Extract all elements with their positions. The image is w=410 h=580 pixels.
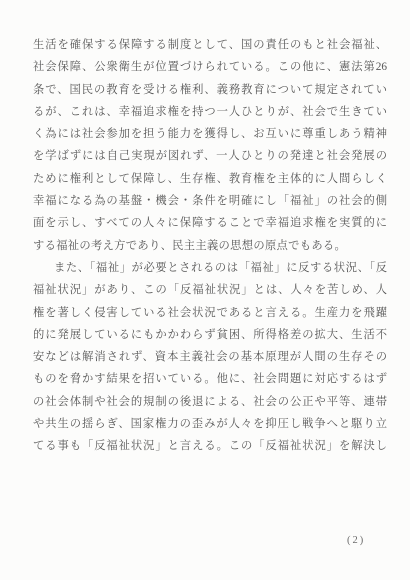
text-line: の社会体制や社会的規制の後退による、社会の公正や平等、連帯 <box>33 391 387 413</box>
text-line: また、「福祉」が必要とされるのは「福祉」に反する状況、「反 <box>33 257 387 279</box>
text-line: るが、これは、幸福追求権を持つ一人ひとりが、社会で生きてい <box>33 101 387 123</box>
text-line: ために権利として保障し、生存権、教育権を主体的に人間らしく <box>33 168 387 190</box>
page-number: (2) <box>347 533 365 549</box>
text-line: 福祉状況」があり、この「反福祉状況」とは、人々を苦しめ、人 <box>33 279 387 301</box>
body-text: 生活を確保する保障する制度として、国の責任のもと社会福祉、 社会保障、公衆衛生が… <box>33 34 387 458</box>
text-line: 安などは解消されず、資本主義社会の基本原理が人間の生存その <box>33 346 387 368</box>
text-line: 面を示し、すべての人々に保障することで幸福追求権を実質的に <box>33 212 387 234</box>
text-line: 的に発展しているにもかかわらず貧困、所得格差の拡大、生活不 <box>33 324 387 346</box>
text-line: を学ばずには自己実現が図れず、一人ひとりの発達と社会発展の <box>33 145 387 167</box>
text-line: 条で、国民の教育を受ける権利、義務教育について規定されてい <box>33 79 387 101</box>
text-line: 幸福になる為の基盤・機会・条件を明確にし「福祉」の社会的側 <box>33 190 387 212</box>
text-line: 権を著しく侵害している社会状況であると言える。生産力を飛躍 <box>33 302 387 324</box>
text-line: く為には社会参加を担う能力を獲得し、お互いに尊重しあう精神 <box>33 123 387 145</box>
text-line: や共生の揺らぎ、国家権力の歪みが人々を抑圧し戦争へと駆り立 <box>33 413 387 435</box>
text-line: てる事も「反福祉状況」と言える。この「反福祉状況」を解決し <box>33 435 387 457</box>
text-line: ものを脅かす結果を招いている。他に、社会問題に対応するはず <box>33 368 387 390</box>
document-page: 生活を確保する保障する制度として、国の責任のもと社会福祉、 社会保障、公衆衛生が… <box>0 0 410 580</box>
text-line: する福祉の考え方であり、民主主義の思想の原点でもある。 <box>33 235 387 257</box>
text-line: 生活を確保する保障する制度として、国の責任のもと社会福祉、 <box>33 34 387 56</box>
text-line: 社会保障、公衆衛生が位置づけられている。この他に、憲法第26 <box>33 56 387 78</box>
